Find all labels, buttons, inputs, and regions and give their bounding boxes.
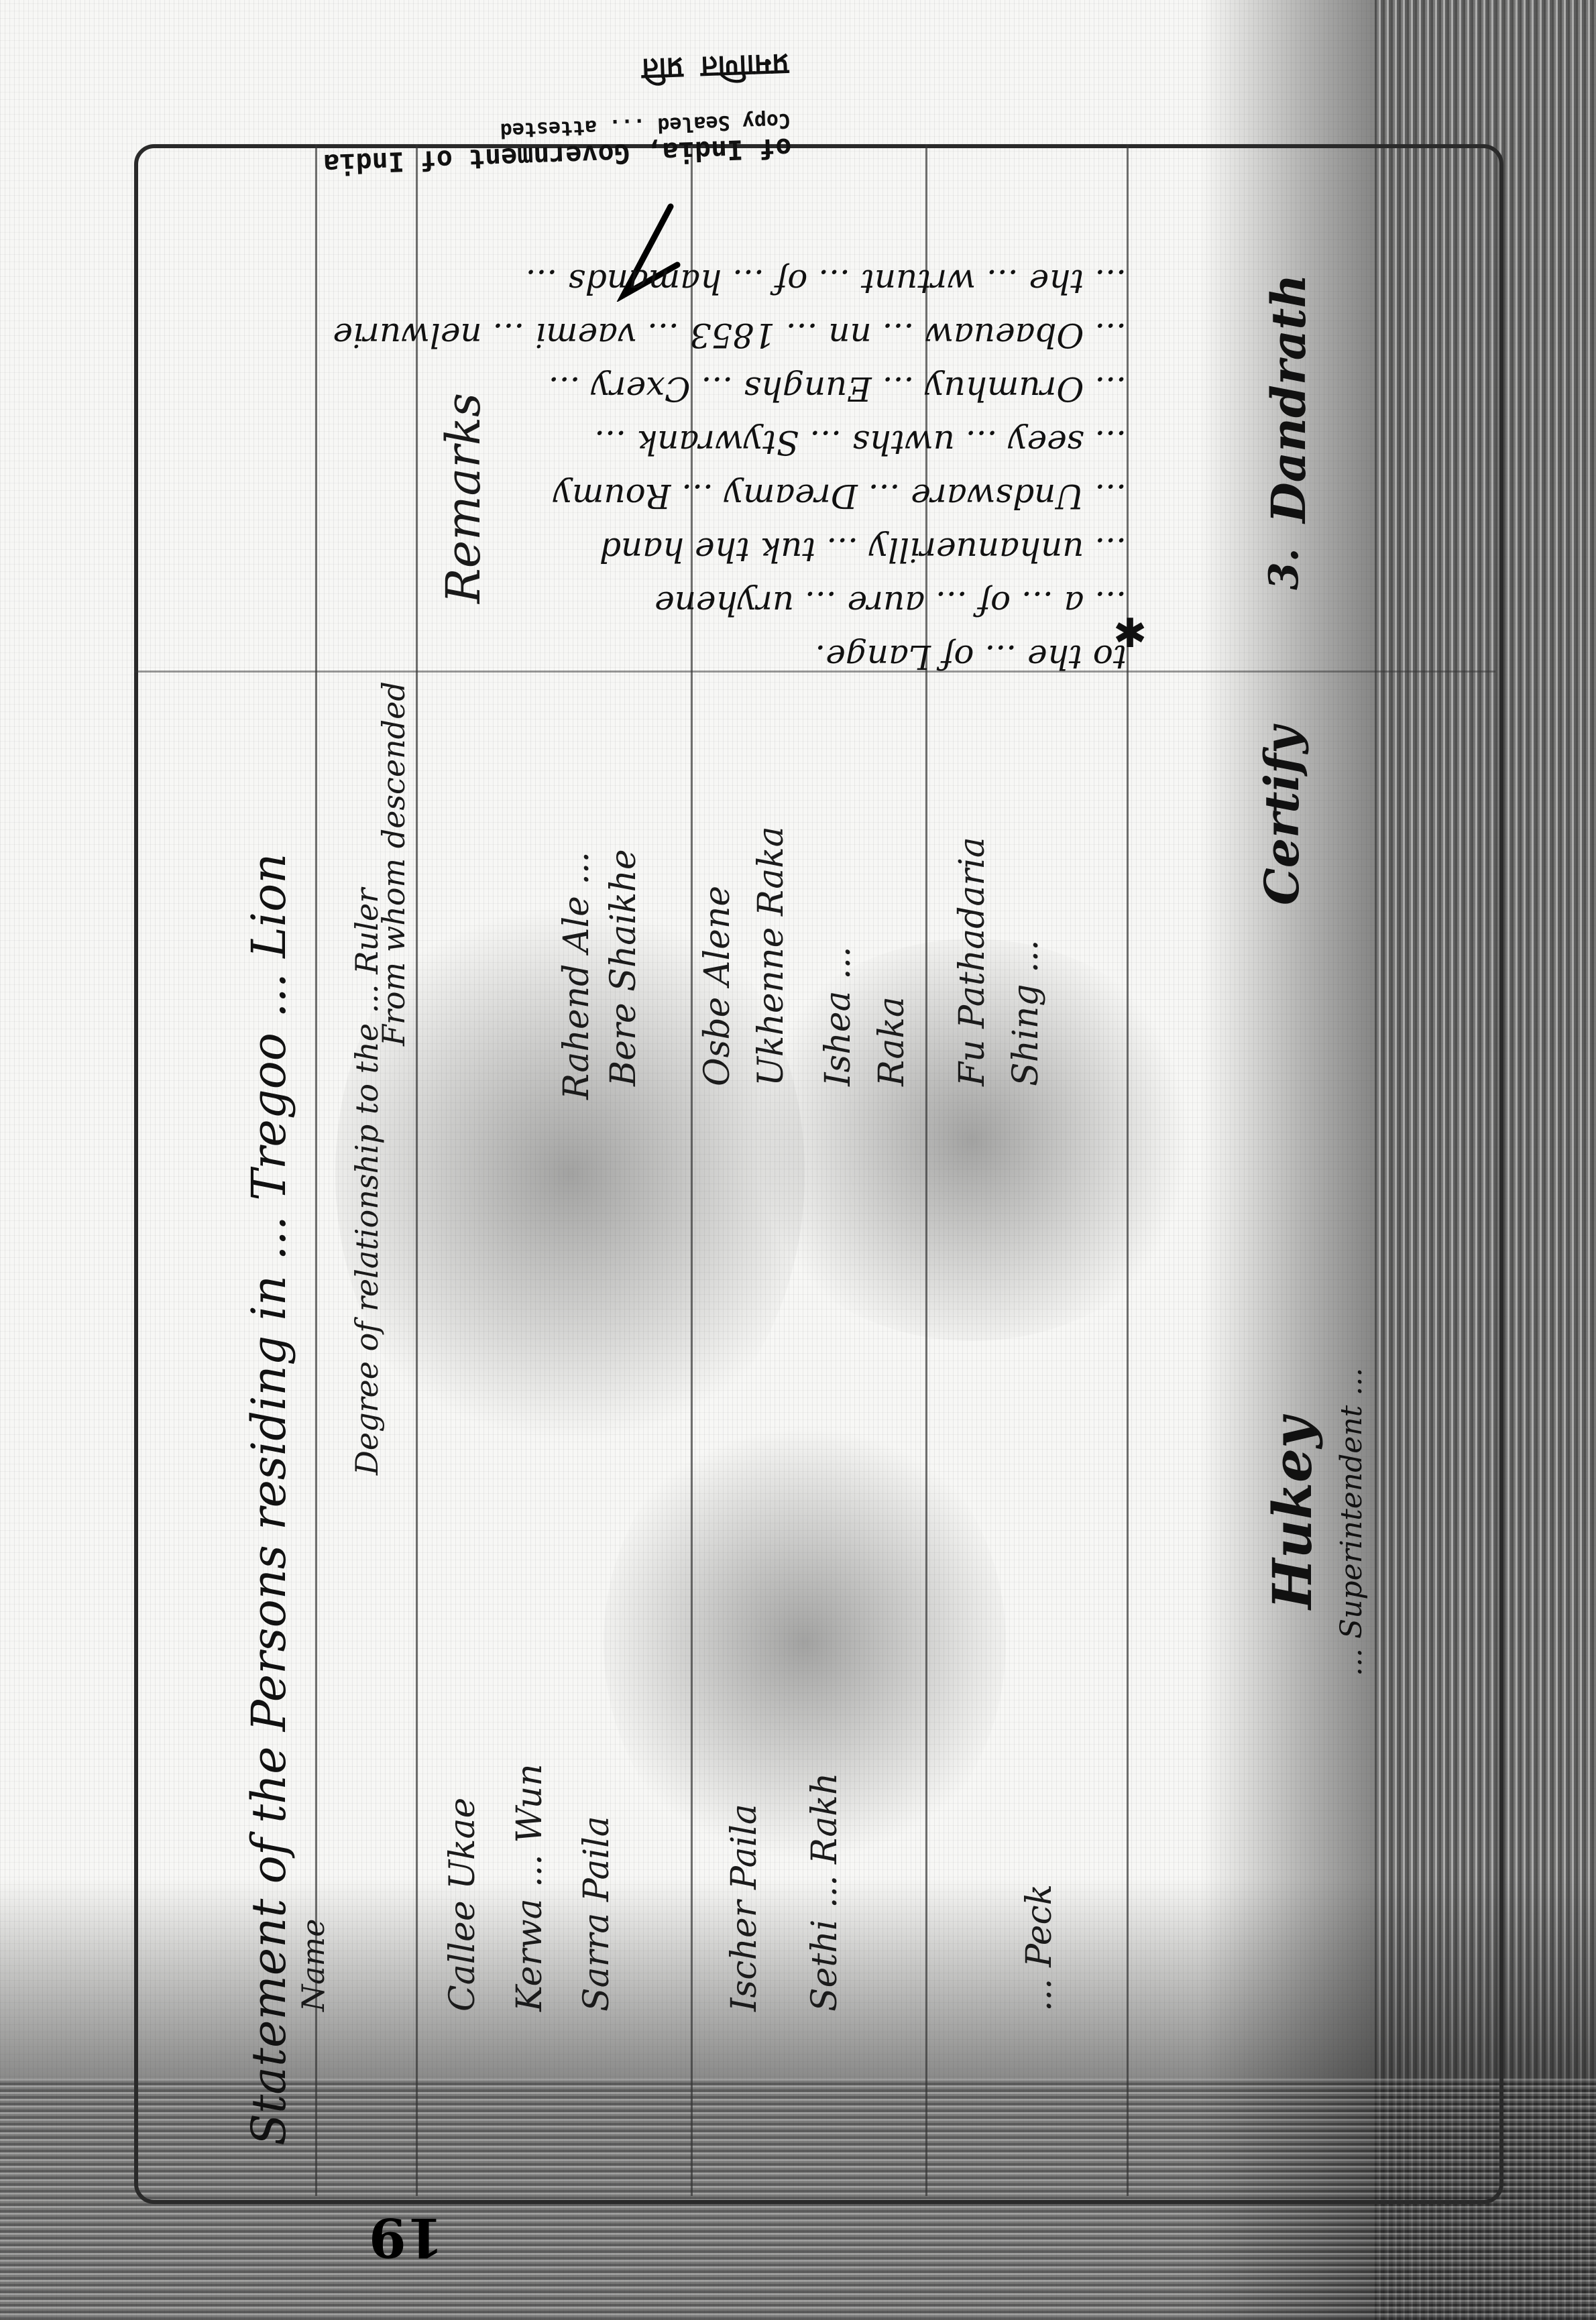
column-rule — [1127, 144, 1129, 2196]
column-rule — [315, 144, 317, 2196]
government-stamp: of India, Government of India Copy Seale… — [320, 46, 792, 179]
table-row-descended: Rahend Ale ... — [557, 852, 597, 1100]
page-title: Statement of the Persons residing in ...… — [241, 854, 296, 2146]
table-row-name: Callee Ukae — [443, 1798, 483, 2012]
table-row-descended: Osbe Alene — [697, 886, 738, 1086]
table-row-descended: Bere Shaikhe — [604, 849, 644, 1086]
table-row-name: Ischer Paila — [724, 1804, 764, 2012]
certify-label: Certify — [1254, 726, 1310, 905]
remarks-line: ... unhanuerilly ... tuk the hand — [523, 523, 1127, 577]
column-header-descended: From whom descended — [376, 681, 412, 1046]
table-row-name: Sarra Paila — [577, 1816, 617, 2012]
remarks-block: to the ... of Lange. ... a ... of ... au… — [523, 255, 1127, 684]
officer-signature: Hukey — [1261, 1417, 1324, 1609]
table-row-name: Kerwa ... Wun — [510, 1763, 550, 2012]
table-row-descended: Ukhenne Raka — [751, 826, 791, 1086]
officer-designation: ... Superintendent ... — [1334, 1368, 1369, 1676]
column-header-name: Name — [295, 1918, 331, 2012]
table-row-name: ... Peck — [1019, 1884, 1060, 2012]
remarks-line: to the ... of Lange. — [523, 630, 1127, 684]
remarks-line: ... Orumhuy ... Eunghs ... Cxery ... — [523, 362, 1127, 416]
signature-number: 3. — [1261, 548, 1308, 590]
column-header-remarks: Remarks — [436, 393, 491, 603]
scanned-page: of India, Government of India Copy Seale… — [0, 0, 1596, 2320]
table-row-name: Sethi ... Rakh — [805, 1773, 845, 2012]
remarks-line: ... Undsware ... Dreamy ... Roumy — [523, 469, 1127, 523]
remarks-line: ... a ... of ... aure ... uryhene — [523, 577, 1127, 630]
remarks-line: ... seey ... uwths ... Stywrank ... — [523, 416, 1127, 469]
page-number: 19 — [369, 2206, 443, 2269]
column-rule — [416, 144, 418, 2196]
table-row-descended: Fu Pathadaria — [952, 837, 992, 1086]
remarks-line: ... Obaeuaw ... nn ... 1853 ... vaemi ..… — [523, 308, 1127, 362]
table-row-descended: Shing ... — [1006, 939, 1046, 1086]
remarks-line: ... the ... wrtunt ... of ... hamands ..… — [523, 255, 1127, 308]
asterisk-mark: ✱ — [1113, 610, 1147, 657]
signature-name: Dandrath — [1261, 274, 1316, 523]
table-row-descended: Ishea ... — [818, 946, 858, 1086]
table-row-descended: Raka — [872, 996, 912, 1086]
